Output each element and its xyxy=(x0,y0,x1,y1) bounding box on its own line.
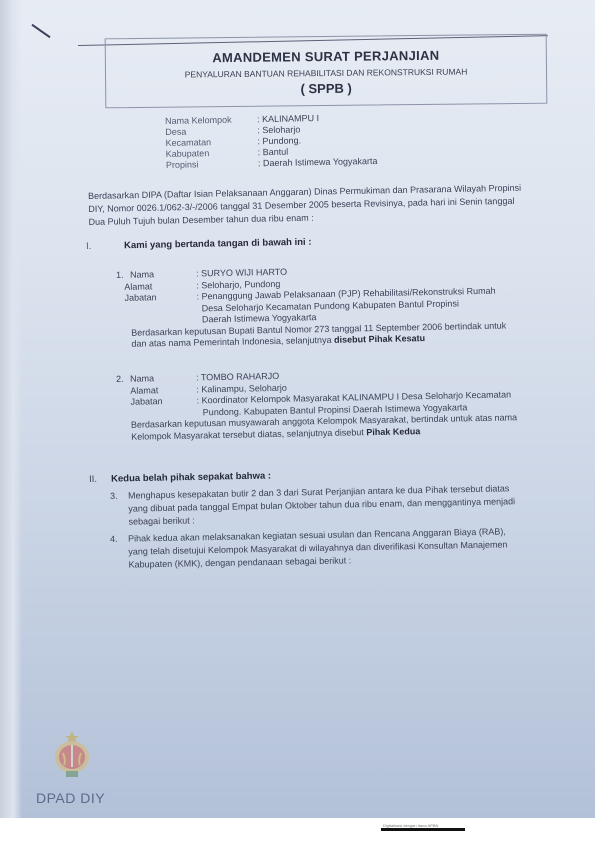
document-subtitle: PENYALURAN BANTUAN REHABILITASI DAN REKO… xyxy=(106,66,546,81)
group-info: Nama Kelompok: KALINAMPU I Desa: Selohar… xyxy=(165,112,378,171)
scanned-page: AMANDEMEN SURAT PERJANJIAN PENYALURAN BA… xyxy=(0,0,595,818)
party-2: 2.Nama: TOMBO RAHARJO Alamat: Kalinampu,… xyxy=(116,366,517,443)
agreement-item-3: 3. Menghapus kesepakatan butir 2 dan 3 d… xyxy=(110,482,515,529)
title-box: AMANDEMEN SURAT PERJANJIAN PENYALURAN BA… xyxy=(105,34,548,109)
party-1: 1.Nama: SURYO WIJI HARTO Alamat: Selohar… xyxy=(116,263,507,351)
section-2-heading: II. Kedua belah pihak sepakat bahwa : xyxy=(89,471,271,485)
watermark-label: DPAD DIY xyxy=(36,790,105,806)
agreement-item-4: 4. Pihak kedua akan melaksanakan kegiata… xyxy=(110,525,508,572)
intro-paragraph: Berdasarkan DIPA (Daftar Isian Pelaksana… xyxy=(88,182,522,229)
page-edge-shadow xyxy=(0,0,22,818)
footer-bar xyxy=(381,828,465,831)
section-1-heading: I. Kami yang bertanda tangan di bawah in… xyxy=(86,237,312,252)
province-emblem-icon xyxy=(52,731,92,779)
pen-mark xyxy=(31,24,50,38)
document-title: AMANDEMEN SURAT PERJANJIAN xyxy=(106,47,546,67)
document-code: ( SPPB ) xyxy=(106,79,546,99)
